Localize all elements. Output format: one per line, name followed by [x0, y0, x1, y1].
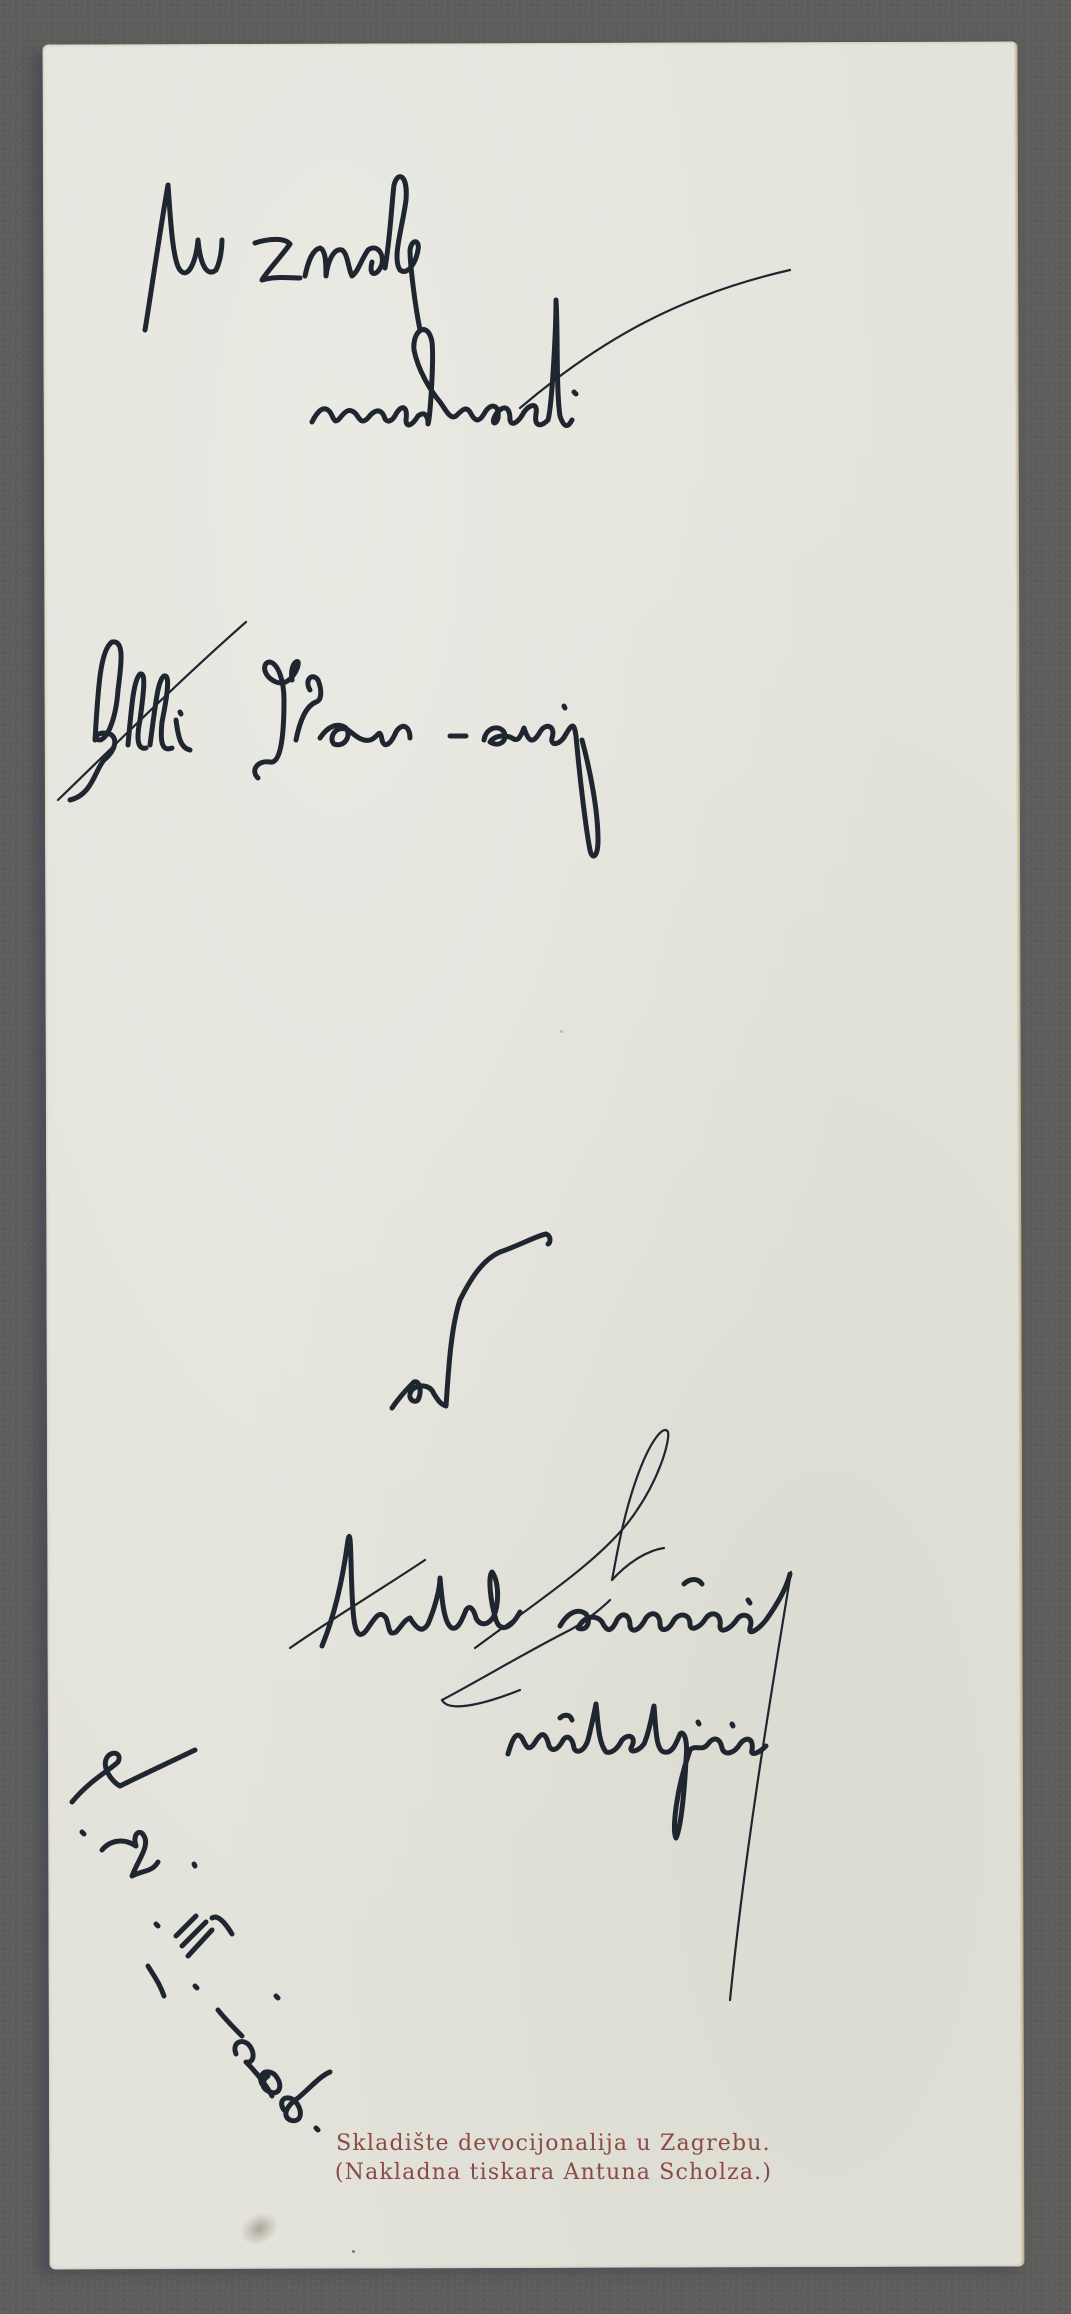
from-word: od: [0, 0, 1, 1]
signer-title: učiteljice: [0, 0, 1, 1]
signature: Marketa Kovačević: [0, 0, 1, 1]
handwriting-line1: U znak: [0, 0, 1, 1]
card: [43, 41, 1025, 2269]
stain: [235, 2206, 285, 2252]
speck: [560, 1030, 563, 1033]
imprint-line2: (Nakladna tiskara Antuna Scholza.): [18, 2159, 1071, 2187]
speck: [352, 2250, 355, 2253]
recipient-name: Elli Kon-ovoj: [0, 0, 1, 1]
date: d. 21. III. 1906.: [0, 0, 1, 1]
card-edge: [1014, 41, 1025, 2266]
imprint-line1: Skladište devocijonalija u Zagrebu.: [18, 2130, 1071, 2158]
handwriting-line2: vrednosti: [0, 0, 1, 1]
